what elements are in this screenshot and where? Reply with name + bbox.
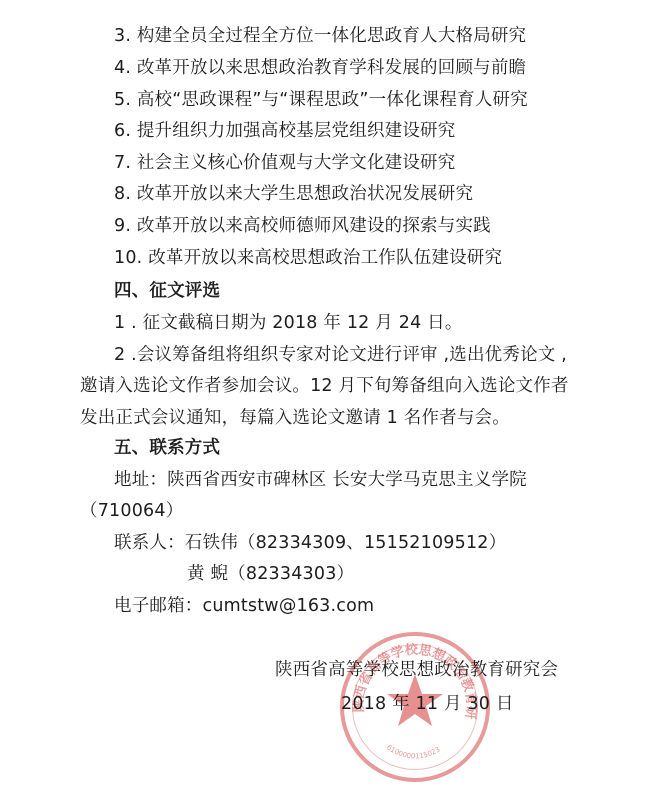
topic-item: 10. 改革开放以来高校思想政治工作队伍建设研究 (114, 246, 502, 270)
topic-item: 5. 高校“思政课程”与“课程思政”一体化课程育人研究 (114, 88, 528, 112)
topic-item: 7. 社会主义核心价值观与大学文化建设研究 (114, 151, 455, 175)
signature-date: 2018 年 11 月 30 日 (341, 692, 514, 716)
paragraph: 1 . 征文截稿日期为 2018 年 12 月 24 日。 (114, 311, 463, 335)
section-heading: 五、联系方式 (114, 436, 220, 460)
paragraph: 邀请入选论文作者参加会议。12 月下旬筹备组向入选论文作者 (80, 374, 569, 398)
contact-person: 联系人：石铁伟（82334309、15152109512） (114, 531, 506, 555)
paragraph: 发出正式会议通知，每篇入选论文邀请 1 名作者与会。 (80, 406, 510, 430)
paragraph: 2 .会议筹备组将组织专家对论文进行评审 ,选出优秀论文 , (114, 343, 567, 367)
topic-item: 6. 提升组织力加强高校基层党组织建设研究 (114, 119, 455, 143)
address: 地址：陕西省西安市碑林区 长安大学马克思主义学院 (114, 468, 527, 492)
topic-item: 3. 构建全员全过程全方位一体化思政育人大格局研究 (114, 24, 526, 48)
section-heading: 四、征文评选 (114, 279, 220, 303)
organization-name: 陕西省高等学校思想政治教育研究会 (275, 658, 558, 682)
email[interactable]: 电子邮箱：cumtstw@163.com (114, 594, 374, 618)
topic-item: 8. 改革开放以来大学生思想政治状况发展研究 (114, 182, 473, 206)
svg-text:6100000115023: 6100000115023 (385, 743, 442, 760)
postal-code: （710064） (80, 499, 183, 523)
contact-person: 黄 蜺（82334303） (187, 562, 354, 586)
topic-item: 9. 改革开放以来高校师德师风建设的探索与实践 (114, 214, 491, 238)
topic-item: 4. 改革开放以来思想政治教育学科发展的回顾与前瞻 (114, 56, 526, 80)
